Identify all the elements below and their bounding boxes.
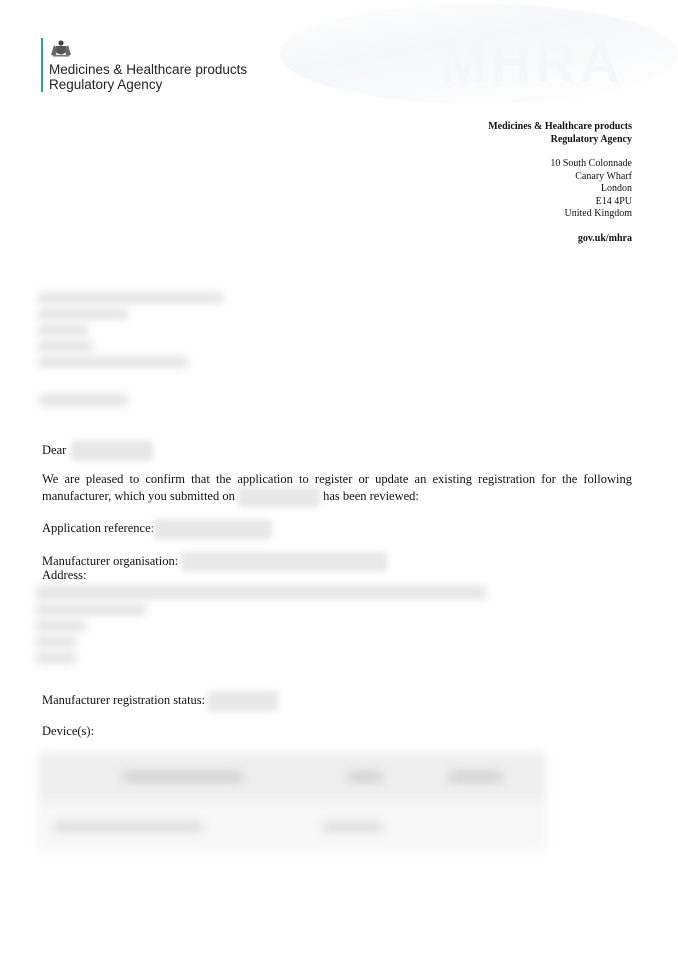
address-line: E14 4PU: [488, 196, 632, 209]
submission-date-redacted: [238, 487, 320, 507]
registration-status-label: Manufacturer registration status:: [42, 693, 205, 707]
intro-paragraph: We are pleased to confirm that the appli…: [42, 472, 632, 507]
devices-label: Device(s):: [42, 724, 632, 739]
sender-org-line-2: Regulatory Agency: [488, 134, 632, 147]
devices-table-row: [38, 802, 546, 852]
mhra-watermark: MHRA: [440, 30, 624, 95]
manufacturer-organisation-label: Manufacturer organisation:: [42, 554, 178, 568]
salutation-text: Dear: [42, 443, 66, 457]
sender-org-line-1: Medicines & Healthcare products: [488, 121, 632, 134]
application-reference-label: Application reference:: [42, 521, 154, 535]
application-reference: Application reference:: [42, 519, 632, 539]
address-line: Canary Wharf: [488, 171, 632, 184]
address-line: London: [488, 183, 632, 196]
application-reference-redacted: [154, 519, 272, 539]
sender-website: gov.uk/mhra: [488, 233, 632, 246]
salutation: Dear: [42, 441, 632, 461]
intro-text-2: has been reviewed:: [323, 489, 419, 503]
registration-status: Manufacturer registration status:: [42, 691, 632, 711]
address-label: Address:: [42, 568, 632, 583]
sender-address-block: Medicines & Healthcare products Regulato…: [488, 121, 632, 245]
address-line: 10 South Colonnade: [488, 158, 632, 171]
recipient-name-redacted: [71, 441, 153, 461]
coat-of-arms-icon: [50, 39, 72, 57]
mhra-logo: Medicines & Healthcare products Regulato…: [41, 38, 49, 92]
logo-text: Medicines & Healthcare products Regulato…: [49, 62, 247, 92]
logo-line-2: Regulatory Agency: [49, 77, 247, 92]
registration-status-redacted: [208, 691, 278, 711]
sender-address: 10 South Colonnade Canary Wharf London E…: [488, 158, 632, 221]
devices-table-redacted: [38, 752, 546, 852]
logo-line-1: Medicines & Healthcare products: [49, 62, 247, 77]
devices-table-header: [38, 752, 546, 802]
address-line: United Kingdom: [488, 208, 632, 221]
